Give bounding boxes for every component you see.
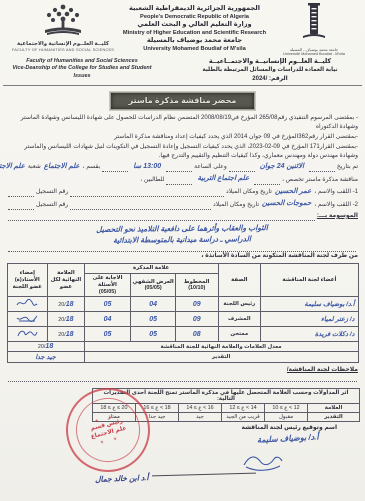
student1-name-label: 1- اللقب والاسم ، [314, 188, 358, 197]
member3-signature [7, 327, 48, 342]
dotted-leader [254, 178, 280, 185]
session-time-handwritten: 13:00 سا [130, 162, 164, 173]
col-manuscript-header: المخطوط(10/10) [175, 274, 218, 297]
scale-grade-1: مقبول [265, 413, 308, 422]
col-role-header: الصفة [218, 264, 261, 297]
session-line: تم بتاريخ الاثنين 24 جوان وعلى الساعة 13… [6, 162, 358, 173]
session-date-handwritten: الاثنين 24 جوان [257, 162, 307, 173]
member3-name-handwritten: د/ دكلات فريدة [261, 327, 358, 342]
signature-line [152, 473, 256, 477]
preamble-decree-2: -بمقتضى القرار رقم362المؤرخ في 09 جوان 2… [6, 133, 358, 142]
dotted-leader [309, 165, 335, 172]
grade-label: التقدير [84, 352, 358, 363]
signature-scribble-icon [15, 328, 39, 338]
col-answers-header: الاجابة على الأسئلة(05/05) [84, 274, 131, 297]
dotted-leader [8, 214, 315, 221]
member3-manuscript-mark: 08 [175, 327, 218, 342]
session-branch-handwritten: علم الاجتماع [0, 162, 28, 173]
member3-final-mark: 20/18 [48, 327, 85, 342]
member1-signature [7, 297, 48, 312]
member2-role: المشرف [218, 312, 261, 327]
average-label: معدل العلامات والعلامة النهائية للجنة ال… [84, 342, 358, 352]
preamble: - بمقتضى المرسوم التنفيذي رقم265/08 المؤ… [0, 113, 365, 262]
student1-reg-label: رقم التسجيل [36, 188, 68, 197]
member2-name-handwritten: د/ زعتر لمياء [261, 312, 358, 327]
grade-row: التقدير جيد جدا [7, 352, 358, 363]
average-value: 20/18 [7, 342, 84, 352]
student2-reg-label: رقم التسجيل [36, 201, 68, 210]
committee-row-3: د/ دكلات فريدة ممتحن 08 05 05 20/18 [7, 327, 358, 342]
member1-oral-mark: 04 [131, 297, 176, 312]
defense-label: مناقشة مذكرة ماستر تخصص ، [282, 176, 358, 185]
university-logo-caption-fr: Université Mohamed Boudiaf - M'sila [267, 52, 361, 56]
signature-scribble-icon [15, 298, 39, 308]
member2-final-mark: 20/18 [48, 312, 85, 327]
faculty-english-block: Faculty of Humanities and Social Science… [6, 58, 158, 80]
ministry-line-en: Ministry of Higher Education and Scienti… [122, 30, 267, 37]
document-number-label: الرقم: [269, 76, 288, 82]
col-final-mark-header: العلامة النهائية لكل عضو [48, 264, 85, 297]
republic-line-ar: الجمهورية الجزائرية الديمقراطية الشعبية [122, 5, 267, 14]
thesis-title-label: الموسومة بـــ: [317, 212, 358, 221]
thesis-title-row: الموسومة بـــ: [6, 212, 358, 221]
member1-answers-mark: 05 [84, 297, 131, 312]
grade-value-handwritten: جيد جدا [7, 352, 84, 363]
specialty-handwritten: علم اجتماع التربية [194, 174, 252, 185]
signature-section: اسم وتوقيع رئيس لجنة المناقشة أ.د/ بوضيا… [0, 422, 365, 486]
faculty-tree-logo-icon [37, 3, 89, 37]
member3-answers-mark: 05 [84, 327, 131, 342]
faculty-logo-caption-en: FACULTY OF HUMANITIES AND SOCIAL SCIENCE… [4, 48, 122, 52]
scanned-document: كليــة العلــوم الإنسانية والاجتماعية FA… [0, 0, 365, 501]
student2-name-handwritten: حموجات الحسين [259, 199, 314, 210]
col-signature-header: إمضاء الأستاذ(ة) عضو اللجنة [7, 264, 48, 297]
dotted-leader [70, 190, 224, 197]
preamble-decree-3: -بمقتضى القرار171 المؤرخ في 09-02-2023، … [6, 143, 358, 161]
president-name-handwritten: أ.د/ بوضياف سليمة [257, 433, 319, 445]
ministry-line-ar: وزارة التعليم العالي و البحث العلمي [122, 21, 267, 30]
signature-scribble-icon [15, 313, 39, 323]
scale-grade-3: جيد [179, 413, 222, 422]
student1-name-handwritten: عمر الحسين [272, 187, 314, 198]
member1-role: رئيس اللجنة [218, 297, 261, 312]
scale-grade-label: التقدير [308, 413, 360, 422]
dotted-leader [70, 203, 211, 210]
scale-mark-label: العلامة [308, 404, 360, 413]
member2-answers-mark: 04 [84, 312, 131, 327]
student-line-2: 2- اللقب والاسم ، حموجات الحسين تاريخ وم… [6, 199, 358, 210]
university-logo-block: جامعة محمد بوضياف - المسيلة Université M… [267, 3, 361, 57]
faculty-name-ar: كليــة العلــوم الإنسانيــة والاجتمــاعي… [181, 58, 359, 67]
dotted-leader [166, 178, 192, 185]
students-label: للطالبين ، [140, 176, 164, 185]
republic-line-en: People's Democratic Republic of Algeria [122, 14, 267, 21]
faculty-arabic-block: كليــة العلــوم الإنسانيــة والاجتمــاعي… [181, 58, 359, 83]
president-signature-icon [239, 452, 287, 472]
vice-deanship-ar: نيابة العمادة للدراسات والمسائل المرتبطة… [181, 67, 359, 75]
specialty-line: مناقشة مذكرة ماستر تخصص ، علم اجتماع الت… [6, 174, 358, 185]
committee-row-2: د/ زعتر لمياء المشرف 09 05 04 20/18 [7, 312, 358, 327]
university-tower-logo-icon [301, 3, 327, 43]
scale-range-1: 10 ≤ ع < 12 [265, 404, 308, 413]
session-time-label: وعلى الساعة [194, 163, 227, 172]
member1-manuscript-mark: 09 [175, 297, 218, 312]
header-center-lines: الجمهورية الجزائرية الديمقراطية الشعبية … [122, 3, 267, 57]
document-title-banner: محضر مناقشة مذكرة ماستر [110, 92, 256, 110]
department-head-name-handwritten: أ.د ابن خالد جمال [95, 473, 149, 484]
university-line-en: University Mohamed Boudiaf of M'sila [122, 46, 267, 53]
header: كليــة العلــوم الإنسانية والاجتماعية FA… [0, 0, 365, 57]
scale-table-wrap: اثر المداولات وحسب العلامة المتحصل عليها… [0, 382, 365, 422]
member1-name-handwritten: أ.د/ بوضياف سليمة [261, 297, 358, 312]
average-row: معدل العلامات والعلامة النهائية للجنة ال… [7, 342, 358, 352]
document-number: الرقم: /2024 [181, 75, 359, 83]
student-line-1: 1- اللقب والاسم ، عمر الحسين تاريخ ومكان… [6, 187, 358, 198]
dotted-leader [229, 165, 255, 172]
session-date-label: تم بتاريخ [337, 163, 358, 172]
faculty-english-line1: Faculty of Humanities and Social Science… [6, 58, 158, 65]
scale-range-3: 14 ≤ ع < 16 [179, 404, 222, 413]
dotted-leader [8, 190, 34, 197]
president-sign-label: اسم وتوقيع رئيس لجنة المناقشة [241, 424, 337, 431]
member1-final-mark: 20/18 [48, 297, 85, 312]
session-dept-label: بقسم ، [83, 163, 101, 172]
student2-name-label: 2- اللقب والاسم ، [314, 201, 358, 210]
document-number-value: /2024 [252, 76, 267, 82]
title-banner-row: محضر مناقشة مذكرة ماستر [0, 90, 365, 110]
department-stamp-text: ✶ ✶ رئيس قسم علم الاجتماع ✶ ✶ [69, 392, 147, 470]
col-members-header: أعضاء لجنة المناقشة [261, 264, 358, 297]
student2-birth-label: تاريخ ومكان الميلاد [213, 201, 259, 210]
dotted-leader [8, 203, 34, 210]
thesis-title-handwritten-line2: الدراسي ـ دراسة ميدانية بالمتوسطة الابتد… [6, 232, 358, 247]
member2-manuscript-mark: 09 [175, 312, 218, 327]
member2-signature [7, 312, 48, 327]
session-dept-handwritten: علم الاجتماع [41, 162, 83, 173]
student1-birth-label: تاريخ ومكان الميلاد [226, 188, 272, 197]
marks-table: أعضاء لجنة المناقشة الصفة علامة المذكرة … [7, 263, 359, 363]
faculty-logo-block: كليــة العلــوم الإنسانية والاجتماعية FA… [4, 3, 122, 57]
scale-grade-2: قريب من الجيد [222, 413, 265, 422]
committee-intro: من طرف لجنة المناقشة المتكونة من السادة … [6, 252, 358, 261]
col-thesis-mark-header: علامة المذكرة [84, 264, 218, 274]
faculty-english-line2: Vice-Deanship of the College for Studies… [6, 65, 158, 80]
notes-label: ملاحظات لجنة المناقشة/ [0, 363, 365, 373]
university-line-ar: جامعة محمد بوضياف بالمسيلة [122, 37, 267, 46]
scale-range-2: 12 ≤ ع < 14 [222, 404, 265, 413]
dotted-leader [102, 165, 128, 172]
header-divider [3, 85, 362, 86]
member3-role: ممتحن [218, 327, 261, 342]
session-branch-label: شعبة [28, 163, 41, 172]
col-oral-header: العرض الشفهي(05/05) [131, 274, 176, 297]
header-subrow: Faculty of Humanities and Social Science… [0, 58, 365, 83]
committee-row-1: أ.د/ بوضياف سليمة رئيس اللجنة 09 04 05 2… [7, 297, 358, 312]
preamble-decree-1: - بمقتضى المرسوم التنفيذي رقم265/08 المؤ… [6, 114, 358, 132]
member3-oral-mark: 05 [131, 327, 176, 342]
dotted-leader [166, 165, 192, 172]
member2-oral-mark: 05 [131, 312, 176, 327]
